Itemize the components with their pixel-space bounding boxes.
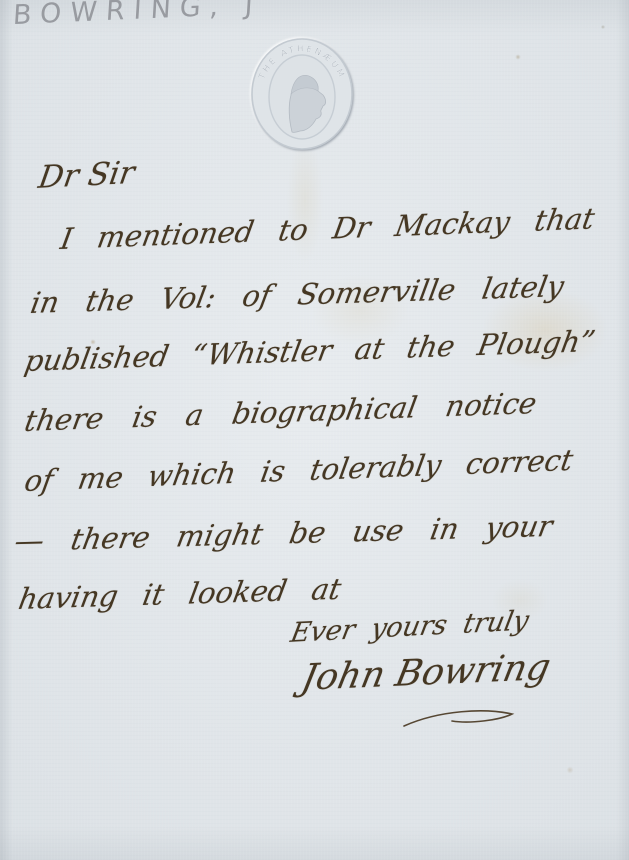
letter-body-line: published “Whistler at the Plough” [22,324,598,378]
signature-flourish [400,706,520,732]
letter-body-line: in the Vol: of Somerville lately [28,269,567,320]
letter-body-line: having it looked at [16,572,344,616]
athenaeum-embossed-seal: THE ATHENÆUM [238,32,368,158]
letter-body-line: there is a biographical notice [22,386,539,438]
letter-body-line: of me which is tolerably correct [22,443,576,498]
letter-scan: Bowring, J THE ATHENÆUM Dr Sir I mention… [0,0,629,860]
letter-greeting: Dr Sir [36,155,137,196]
flourish-stroke [404,711,512,726]
letter-body-line: I mentioned to Dr Mackay that [58,201,597,256]
letter-body-line: — there might be use in your [12,509,555,558]
pencil-annotation: Bowring, J [12,0,263,31]
letter-closing: Ever yours truly [288,605,531,649]
letter-signature: John Bowring [298,647,554,699]
